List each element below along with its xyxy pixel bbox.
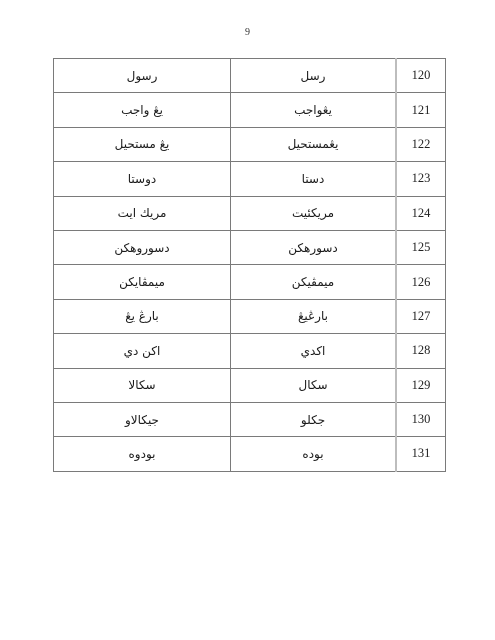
row-number-cell: 130 [396,402,446,436]
row-number-cell: 131 [396,437,446,471]
original-word-cell: دستا [231,162,397,196]
corrected-word-cell: اکن دي [54,334,231,368]
corrected-word-cell: رسول [54,59,231,93]
word-correction-table: رسول رسل 120 يڠ واجب يڠواجب 121 يڠ مستحي… [53,58,446,472]
row-number-cell: 127 [396,299,446,333]
corrected-word-cell: جيکالاو [54,402,231,436]
corrected-word-cell: يڠ واجب [54,93,231,127]
table-row: رسول رسل 120 [54,59,446,93]
row-number-cell: 125 [396,230,446,264]
table-row: جيکالاو جکلو 130 [54,402,446,436]
corrected-word-cell: دوستا [54,162,231,196]
corrected-word-cell: بارڠ يڠ [54,299,231,333]
original-word-cell: دسورهکن [231,230,397,264]
original-word-cell: اکدي [231,334,397,368]
row-number-cell: 122 [396,127,446,161]
row-number-cell: 128 [396,334,446,368]
original-word-cell: بوده [231,437,397,471]
table-row: سکالا سکال 129 [54,368,446,402]
table-row: يڠ مستحيل يڠمستحيل 122 [54,127,446,161]
table-row: يڠ واجب يڠواجب 121 [54,93,446,127]
table-row: بودوه بوده 131 [54,437,446,471]
corrected-word-cell: دسوروهکن [54,230,231,264]
original-word-cell: رسل [231,59,397,93]
original-word-cell: يڠمستحيل [231,127,397,161]
page-number: 9 [0,27,495,38]
table-row: مريك ايت مريکئيت 124 [54,196,446,230]
corrected-word-cell: يڠ مستحيل [54,127,231,161]
original-word-cell: بارڠيڠ [231,299,397,333]
corrected-word-cell: ميمڤايکن [54,265,231,299]
row-number-cell: 126 [396,265,446,299]
original-word-cell: يڠواجب [231,93,397,127]
row-number-cell: 123 [396,162,446,196]
original-word-cell: سکال [231,368,397,402]
row-number-cell: 120 [396,59,446,93]
table-row: اکن دي اکدي 128 [54,334,446,368]
table-row: دوستا دستا 123 [54,162,446,196]
original-word-cell: جکلو [231,402,397,436]
corrected-word-cell: بودوه [54,437,231,471]
corrected-word-cell: سکالا [54,368,231,402]
row-number-cell: 124 [396,196,446,230]
row-number-cell: 121 [396,93,446,127]
table-row: بارڠ يڠ بارڠيڠ 127 [54,299,446,333]
table-row: ميمڤايکن ميمڤيکن 126 [54,265,446,299]
original-word-cell: مريکئيت [231,196,397,230]
original-word-cell: ميمڤيکن [231,265,397,299]
table-row: دسوروهکن دسورهکن 125 [54,230,446,264]
row-number-cell: 129 [396,368,446,402]
corrected-word-cell: مريك ايت [54,196,231,230]
